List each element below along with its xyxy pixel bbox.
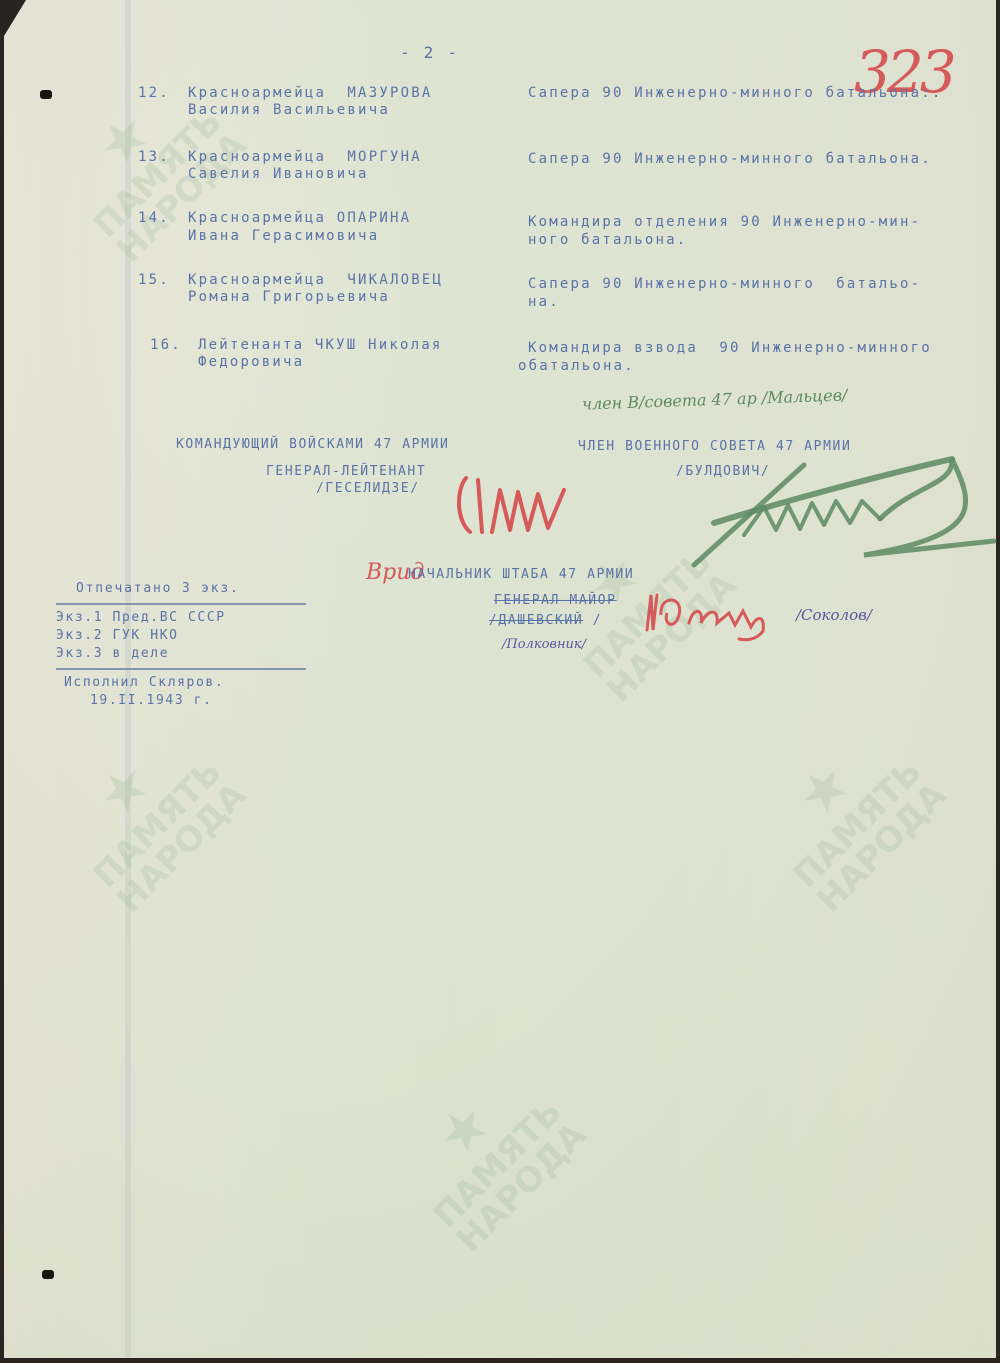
torn-corner <box>4 0 26 36</box>
handwritten-council-note: член В/совета 47 ар /Мальцев/ <box>582 385 848 413</box>
chief-of-staff-name-struck: /ДАШЕВСКИЙ <box>489 613 583 628</box>
entry-position-line2: обатальона. <box>518 357 635 375</box>
entry-name-line2: Василия Васильевича <box>188 101 390 119</box>
entry-number: 13. <box>138 148 170 166</box>
commander-rank: ГЕНЕРАЛ-ЛЕЙТЕНАНТ <box>266 463 426 481</box>
entry-name-line1: Красноармейца ЧИКАЛОВЕЦ <box>188 271 443 289</box>
council-member-signature <box>684 445 1000 575</box>
entry-name-line2: Романа Григорьевича <box>188 288 390 306</box>
chief-of-staff-name-line: /ДАШЕВСКИЙ / <box>489 609 602 630</box>
chief-of-staff-rank-struck: ГЕНЕРАЛ-МАЙОР <box>494 592 617 610</box>
entry-name-line2: Ивана Герасимовича <box>188 227 379 245</box>
entry-position-line1: Сапера 90 Инженерно-минного батальо- <box>528 275 921 293</box>
commander-title: КОМАНДУЮЩИЙ ВОЙСКАМИ 47 АРМИИ <box>176 436 449 454</box>
page-number: - 2 - <box>400 44 459 62</box>
entry-name-line2: Федоровича <box>198 353 304 371</box>
distribution-header: Отпечатано 3 экз. <box>76 580 240 598</box>
document-date: 19.II.1943 г. <box>90 692 213 710</box>
punch-hole <box>40 90 52 99</box>
chief-of-staff-title: НАЧАЛЬНИК ШТАБА 47 АРМИИ <box>408 566 634 584</box>
distribution-copy: Экз.3 в деле <box>56 645 169 663</box>
entry-position-line1: Сапера 90 Инженерно-минного батальона. <box>528 150 932 168</box>
entry-number: 15. <box>138 271 170 289</box>
entry-name-line2: Савелия Ивановича <box>188 165 369 183</box>
entry-number: 12. <box>138 84 170 102</box>
commander-name: /ГЕСЕЛИДЗЕ/ <box>316 480 420 498</box>
entry-position-line1: Командира отделения 90 Инженерно-мин- <box>528 213 921 231</box>
entry-name-line1: Лейтенанта ЧКУШ Николая <box>198 336 442 354</box>
entry-name-line1: Красноармейца ОПАРИНА <box>188 209 411 227</box>
entry-position-line1: Сапера 90 Инженерно-минного батальона:. <box>528 84 943 102</box>
chief-of-staff-signature <box>639 585 779 645</box>
entry-name-line1: Красноармейца МОРГУНА <box>188 148 422 166</box>
entry-number: 14. <box>138 209 170 227</box>
star-icon: ★ <box>373 1039 557 1223</box>
commander-signature <box>452 470 572 550</box>
entry-position-line2: на. <box>528 293 560 311</box>
watermark: ★ ПАМЯТЬНАРОДА <box>733 699 1000 982</box>
executor: Исполнил Скляров. <box>64 674 224 692</box>
entry-name-line1: Красноармейца МАЗУРОВА <box>188 84 432 102</box>
entry-number: 16. <box>150 336 182 354</box>
entry-position-line1: Командира взвода 90 Инженерно-минного <box>528 339 932 357</box>
distribution-copy: Экз.1 Пред.ВС СССР <box>56 609 226 627</box>
divider <box>56 603 306 605</box>
watermark: ★ ПАМЯТЬНАРОДА <box>373 1039 656 1322</box>
distribution-copy: Экз.2 ГУК НКО <box>56 627 179 645</box>
divider <box>56 668 306 670</box>
entry-position-line2: ного батальона. <box>528 231 687 249</box>
document-page: ★ ПАМЯТЬНАРОДА ★ ПАМЯТЬНАРОДА ★ ПАМЯТЬНА… <box>4 0 996 1358</box>
star-icon: ★ <box>733 699 917 883</box>
punch-hole <box>42 1270 54 1279</box>
chief-of-staff-name-handwritten: /Соколов/ <box>796 606 872 624</box>
watermark: ★ ПАМЯТЬНАРОДА <box>33 699 316 982</box>
chief-of-staff-rank-handwritten: /Полковник/ <box>502 637 586 652</box>
